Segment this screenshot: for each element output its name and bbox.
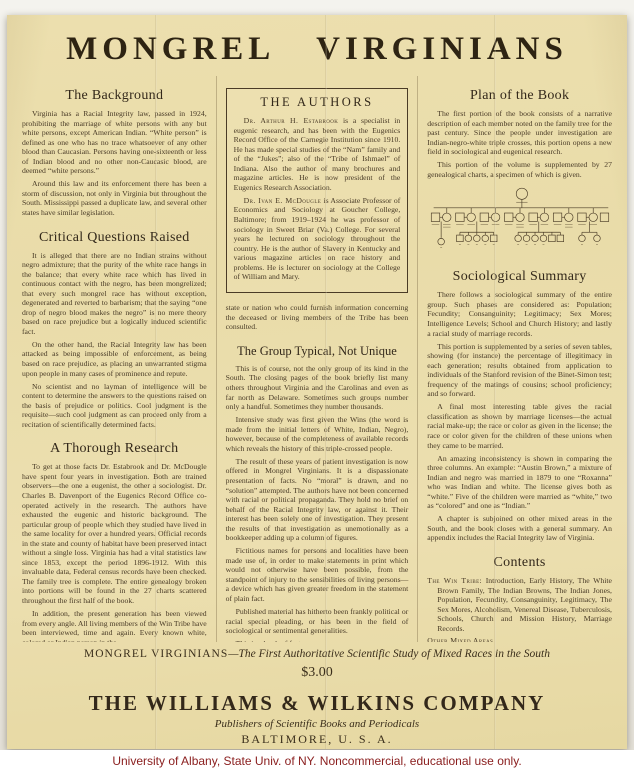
page-title: MONGREL VIRGINIANS <box>7 31 627 68</box>
footer-credit: University of Albany, State Univ. of NY.… <box>112 754 521 768</box>
author-bio: Dr. Arthur H. Estabrook is a specialist … <box>234 116 401 192</box>
section-heading-contents: Contents <box>427 555 612 571</box>
paragraph: To get at those facts Dr. Estabrook and … <box>22 462 207 605</box>
author-name: Dr. Ivan E. McDougle <box>244 196 322 205</box>
author-bio-text: is Associate Professor of Economics and … <box>234 196 401 281</box>
paragraph: On the other hand, the Racial Integrity … <box>22 340 207 378</box>
section-heading-critical-questions: Critical Questions Raised <box>22 230 207 246</box>
section-heading-thorough-research: A Thorough Research <box>22 441 207 457</box>
paragraph: This portion is supplemented by a series… <box>427 342 612 399</box>
paragraph: Virginia has a Racial Integrity law, pas… <box>22 109 207 176</box>
paragraph: An amazing inconsistency is shown in com… <box>427 454 612 511</box>
author-bio: Dr. Ivan E. McDougle is Associate Profes… <box>234 196 401 282</box>
section-heading-sociological: Sociological Summary <box>427 269 612 285</box>
column-left: The Background Virginia has a Racial Int… <box>13 76 216 642</box>
authors-box: THE AUTHORS Dr. Arthur H. Estabrook is a… <box>226 88 409 293</box>
contents-item-label: The Win Tribe: <box>427 576 482 585</box>
column-middle: THE AUTHORS Dr. Arthur H. Estabrook is a… <box>216 76 419 642</box>
publisher-name: THE WILLIAMS & WILKINS COMPANY <box>7 691 627 716</box>
contents-item: The Win Tribe: Introduction, Early Histo… <box>427 576 612 633</box>
contents-item-label: Other Mixed Areas. <box>427 636 495 642</box>
footer-credit-strip: University of Albany, State Univ. of NY.… <box>0 750 634 771</box>
publisher-city: BALTIMORE, U. S. A. <box>7 732 627 747</box>
three-column-body: The Background Virginia has a Racial Int… <box>7 76 627 642</box>
paragraph: It is alleged that there are no Indian s… <box>22 251 207 337</box>
price: $3.00 <box>7 665 627 681</box>
paragraph: This is a book of facts. <box>226 639 409 642</box>
banner: Mongrel Virginians—The First Authoritati… <box>7 648 627 747</box>
fold-crease <box>494 15 496 749</box>
paragraph: Published material has hitherto been fra… <box>226 607 409 636</box>
fold-crease <box>155 15 157 749</box>
contents-item: Other Mixed Areas. <box>427 636 612 642</box>
paper-sheet: MONGREL VIRGINIANS The Background Virgin… <box>7 15 627 749</box>
banner-title-line: Mongrel Virginians—The First Authoritati… <box>7 648 627 660</box>
paragraph: No scientist and no layman of intelligen… <box>22 382 207 430</box>
paragraph: This portion of the volume is supplement… <box>427 160 612 179</box>
pedigree-chart <box>428 185 612 257</box>
banner-subtitle: —The First Authoritative Scientific Stud… <box>228 648 550 660</box>
fold-crease <box>325 15 327 749</box>
author-bio-text: is a specialist in eugenic research, and… <box>234 116 401 192</box>
continuation-paragraph: state or nation who could furnish inform… <box>226 303 409 332</box>
section-heading-background: The Background <box>22 88 207 104</box>
paragraph: This is of course, not the only group of… <box>226 364 409 412</box>
column-right: Plan of the Book The first portion of th… <box>418 76 621 642</box>
section-heading-group-typical: The Group Typical, Not Unique <box>226 344 409 359</box>
paragraph: The result of these years of patient inv… <box>226 457 409 543</box>
paragraph: The first portion of the book consists o… <box>427 109 612 157</box>
paragraph: Around this law and its enforcement ther… <box>22 179 207 217</box>
paragraph: In addition, the present generation has … <box>22 609 207 642</box>
paragraph: There follows a sociological summary of … <box>427 290 612 338</box>
paragraph: A final most interesting table gives the… <box>427 402 612 450</box>
scanned-document: MONGREL VIRGINIANS The Background Virgin… <box>0 0 634 771</box>
paragraph: Fictitious names for persons and localit… <box>226 546 409 603</box>
paragraph: A chapter is subjoined on other mixed ar… <box>427 514 612 543</box>
section-heading-plan: Plan of the Book <box>427 88 612 104</box>
authors-box-heading: THE AUTHORS <box>234 95 401 110</box>
paragraph: Intensive study was first given the Wins… <box>226 415 409 453</box>
publisher-tagline: Publishers of Scientific Books and Perio… <box>7 718 627 730</box>
